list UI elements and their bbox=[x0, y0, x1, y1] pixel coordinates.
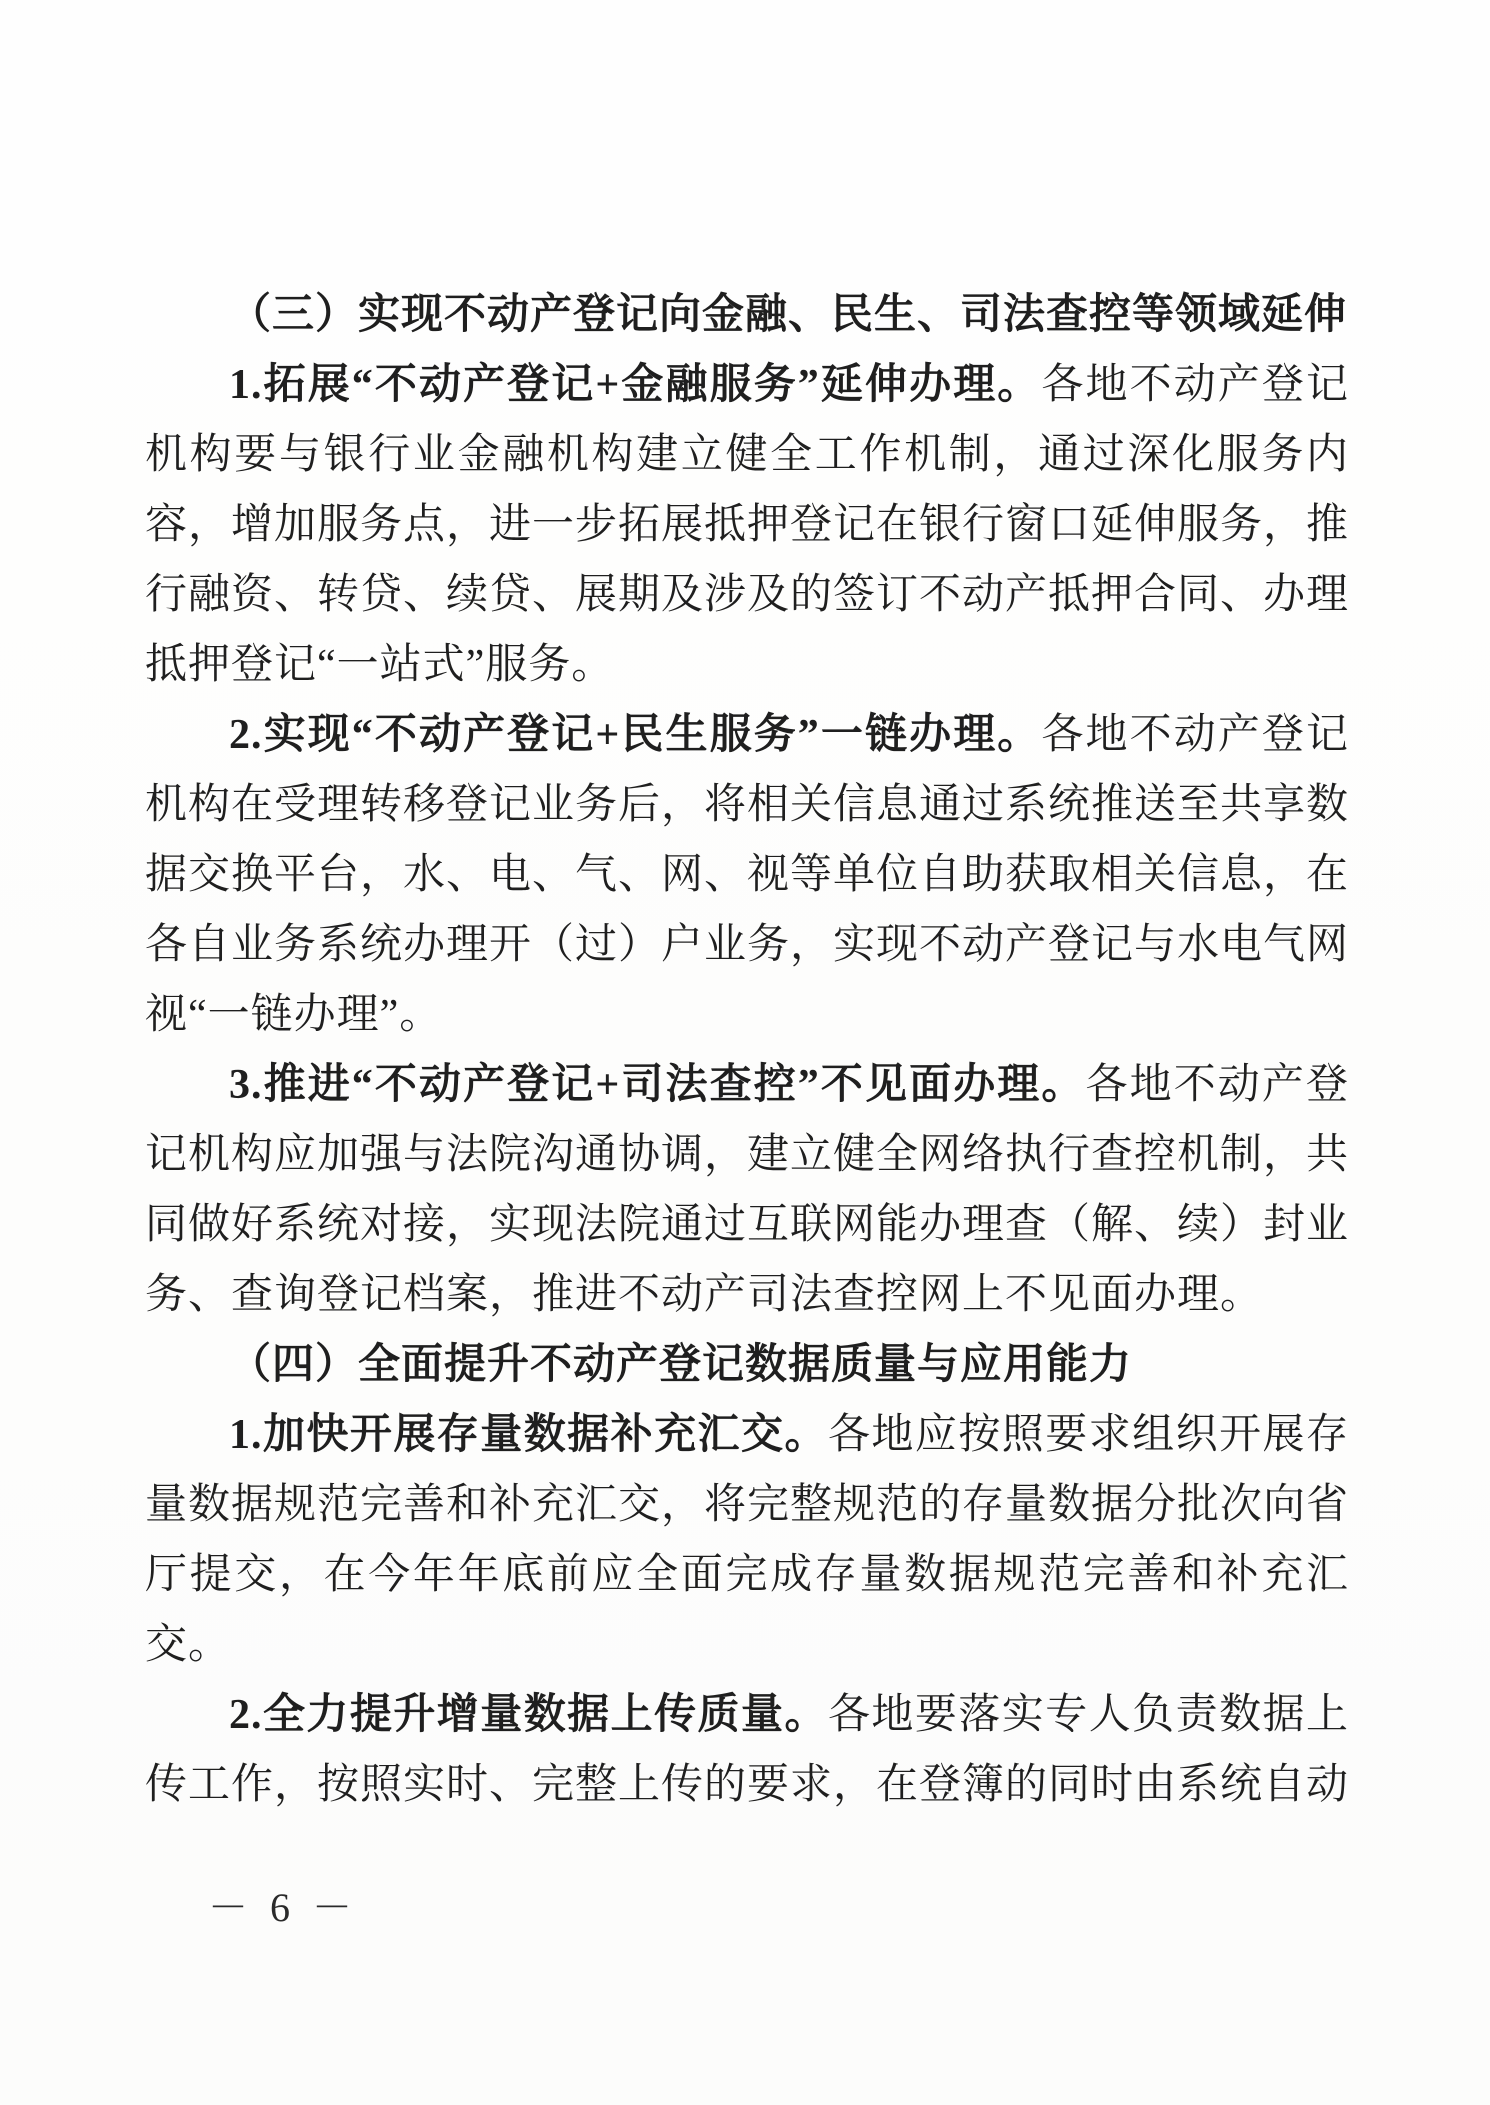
paragraph-lead: 2.全力提升增量数据上传质量。 bbox=[229, 1692, 828, 1738]
paragraph-text: 各地不动产登记机构在受理转移登记业务后，将相关信息通过系统推送至共享数据交换平台… bbox=[145, 712, 1349, 1038]
paragraph-lead: 1.拓展“不动产登记+金融服务”延伸办理。 bbox=[229, 362, 1041, 408]
paragraph: 2.全力提升增量数据上传质量。各地要落实专人负责数据上传工作，按照实时、完整上传… bbox=[145, 1680, 1349, 1820]
scanned-document-page: （三）实现不动产登记向金融、民生、司法查控等领域延伸 1.拓展“不动产登记+金融… bbox=[0, 0, 1490, 2105]
section-heading-4: （四）全面提升不动产登记数据质量与应用能力 bbox=[145, 1330, 1349, 1400]
paragraph-lead: 3.推进“不动产登记+司法查控”不见面办理。 bbox=[229, 1062, 1086, 1108]
document-body: （三）实现不动产登记向金融、民生、司法查控等领域延伸 1.拓展“不动产登记+金融… bbox=[145, 280, 1349, 1820]
paragraph: 1.拓展“不动产登记+金融服务”延伸办理。各地不动产登记机构要与银行业金融机构建… bbox=[145, 350, 1349, 700]
paragraph-lead: 1.加快开展存量数据补充汇交。 bbox=[229, 1412, 828, 1458]
paragraph-text: 各地不动产登记机构要与银行业金融机构建立健全工作机制，通过深化服务内容，增加服务… bbox=[145, 362, 1349, 688]
section-heading-3: （三）实现不动产登记向金融、民生、司法查控等领域延伸 bbox=[145, 280, 1349, 350]
paragraph: 2.实现“不动产登记+民生服务”一链办理。各地不动产登记机构在受理转移登记业务后… bbox=[145, 700, 1349, 1050]
paragraph-lead: 2.实现“不动产登记+民生服务”一链办理。 bbox=[229, 712, 1041, 758]
paragraph: 3.推进“不动产登记+司法查控”不见面办理。各地不动产登记机构应加强与法院沟通协… bbox=[145, 1050, 1349, 1330]
page-number: － 6 － bbox=[208, 1884, 358, 1932]
paragraph: 1.加快开展存量数据补充汇交。各地应按照要求组织开展存量数据规范完善和补充汇交，… bbox=[145, 1400, 1349, 1680]
